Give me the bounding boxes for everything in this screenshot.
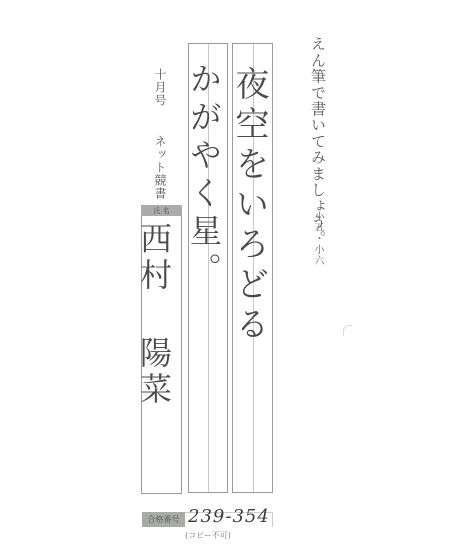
handwriting-left-column: かがやく星。 [188,62,228,290]
name-value: 西村 陽菜 [141,222,182,408]
issue-info: 十月号ネット競書 [153,68,167,200]
no-copy-note: (コピー不可) [185,530,231,541]
issue-month: 十月号 [153,68,167,107]
handwriting-right-column: 夜空をいろどる [232,66,273,346]
paper-smudge [343,325,352,336]
name-label: 氏 名 [141,205,182,216]
grade-level: 小五・小六 [311,211,323,266]
pass-number-value: 239-354 [188,506,270,527]
pass-number-label: 合格番号 [142,512,185,527]
issue-title: ネット競書 [153,135,167,200]
